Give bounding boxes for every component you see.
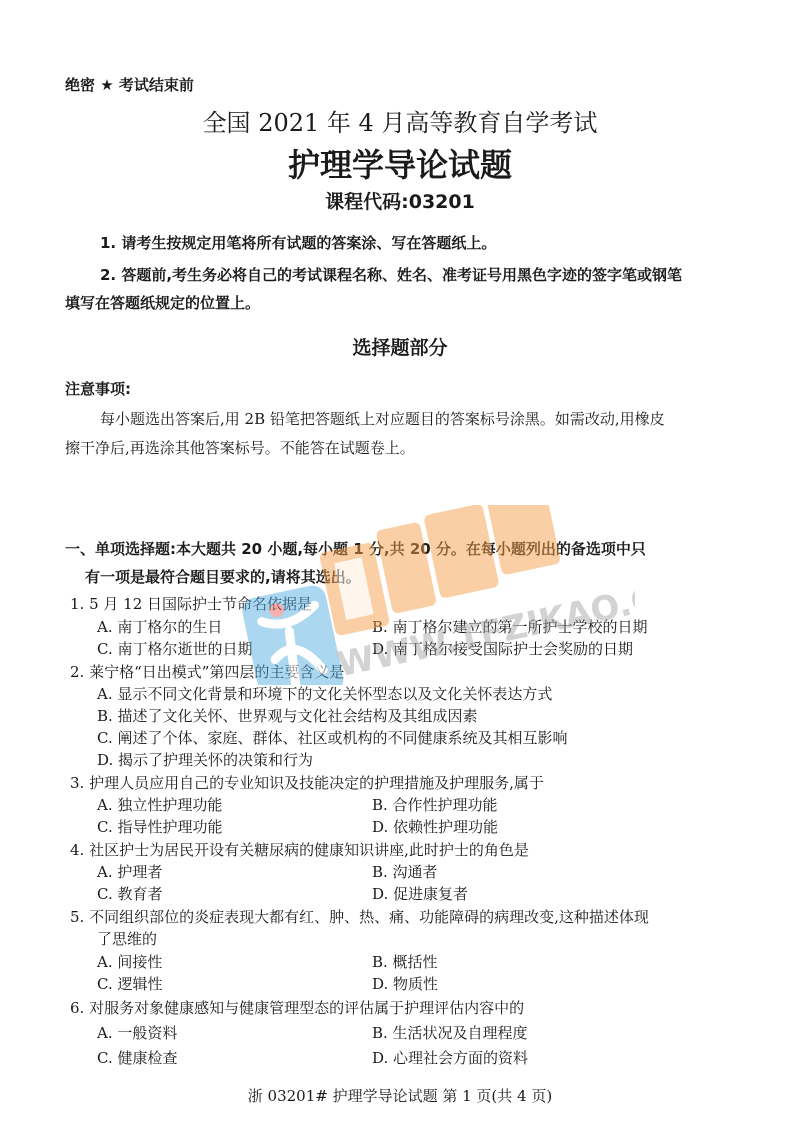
question-5-stem-line2: 了思维的: [97, 928, 157, 949]
question-2-option-a: A. 显示不同文化背景和环境下的文化关怀型态以及文化关怀表达方式: [97, 683, 552, 704]
exam-page: 绝密 ★ 考试结束前 全国 2021 年 4 月高等教育自学考试 护理学导论试题…: [0, 0, 800, 1145]
question-5-option-c: C. 逻辑性: [97, 973, 162, 994]
question-3-option-b: B. 合作性护理功能: [372, 794, 498, 815]
instruction-2-line2: 填写在答题纸规定的位置上。: [65, 292, 260, 313]
question-1-option-c: C. 南丁格尔逝世的日期: [97, 638, 252, 659]
question-2-option-c: C. 阐述了个体、家庭、群体、社区或机构的不同健康系统及其相互影响: [97, 727, 567, 748]
question-5-stem-line1: 5. 不同组织部位的炎症表现大都有红、肿、热、痛、功能障碍的病理改变,这种描述体…: [70, 906, 649, 927]
question-1-stem: 1. 5 月 12 日国际护士节命名依据是: [70, 593, 312, 614]
question-3-stem: 3. 护理人员应用自己的专业知识及技能决定的护理措施及护理服务,属于: [70, 772, 544, 793]
course-code: 课程代码:03201: [0, 187, 800, 214]
exam-title: 全国 2021 年 4 月高等教育自学考试: [0, 103, 800, 138]
question-6-option-c: C. 健康检查: [97, 1047, 177, 1068]
question-2-option-b: B. 描述了文化关怀、世界观与文化社会结构及其组成因素: [97, 705, 478, 726]
notice-label: 注意事项:: [65, 378, 131, 399]
question-6-option-a: A. 一般资料: [97, 1022, 177, 1043]
question-4-stem: 4. 社区护士为居民开设有关糖尿病的健康知识讲座,此时护士的角色是: [70, 839, 529, 860]
instruction-1: 1. 请考生按规定用笔将所有试题的答案涂、写在答题纸上。: [100, 232, 496, 253]
part-heading-line2: 有一项是最符合题目要求的,请将其选出。: [85, 566, 361, 587]
question-3-option-a: A. 独立性护理功能: [97, 794, 222, 815]
question-1-option-d: D. 南丁格尔接受国际护士会奖励的日期: [372, 638, 633, 659]
question-6-stem: 6. 对服务对象健康感知与健康管理型态的评估属于护理评估内容中的: [70, 997, 524, 1018]
question-5-option-a: A. 间接性: [97, 951, 162, 972]
notice-line-2: 擦干净后,再选涂其他答案标号。不能答在试题卷上。: [65, 437, 415, 458]
page-footer: 浙 03201# 护理学导论试题 第 1 页(共 4 页): [0, 1085, 800, 1106]
question-4-option-c: C. 教育者: [97, 883, 162, 904]
question-5-option-d: D. 物质性: [372, 973, 438, 994]
question-1-option-a: A. 南丁格尔的生日: [97, 616, 222, 637]
subject-title: 护理学导论试题: [0, 140, 800, 186]
question-3-option-d: D. 依赖性护理功能: [372, 816, 498, 837]
notice-line-1: 每小题选出答案后,用 2B 铅笔把答题纸上对应题目的答案标号涂黑。如需改动,用橡…: [100, 408, 665, 429]
question-3-option-c: C. 指导性护理功能: [97, 816, 222, 837]
question-2-stem: 2. 莱宁格“日出模式”第四层的主要含义是: [70, 661, 344, 682]
question-4-option-a: A. 护理者: [97, 861, 162, 882]
confidential-label: 绝密 ★ 考试结束前: [65, 74, 194, 95]
section-title: 选择题部分: [0, 333, 800, 360]
question-1-option-b: B. 南丁格尔建立的第一所护士学校的日期: [372, 616, 648, 637]
question-6-option-d: D. 心理社会方面的资料: [372, 1047, 528, 1068]
instruction-2-line1: 2. 答题前,考生务必将自己的考试课程名称、姓名、准考证号用黑色字迹的签字笔或钢…: [100, 264, 682, 285]
question-2-option-d: D. 揭示了护理关怀的决策和行为: [97, 749, 313, 770]
question-4-option-d: D. 促进康复者: [372, 883, 468, 904]
question-6-option-b: B. 生活状况及自理程度: [372, 1022, 528, 1043]
question-4-option-b: B. 沟通者: [372, 861, 438, 882]
question-5-option-b: B. 概括性: [372, 951, 438, 972]
part-heading-line1: 一、单项选择题:本大题共 20 小题,每小题 1 分,共 20 分。在每小题列出…: [65, 538, 646, 559]
